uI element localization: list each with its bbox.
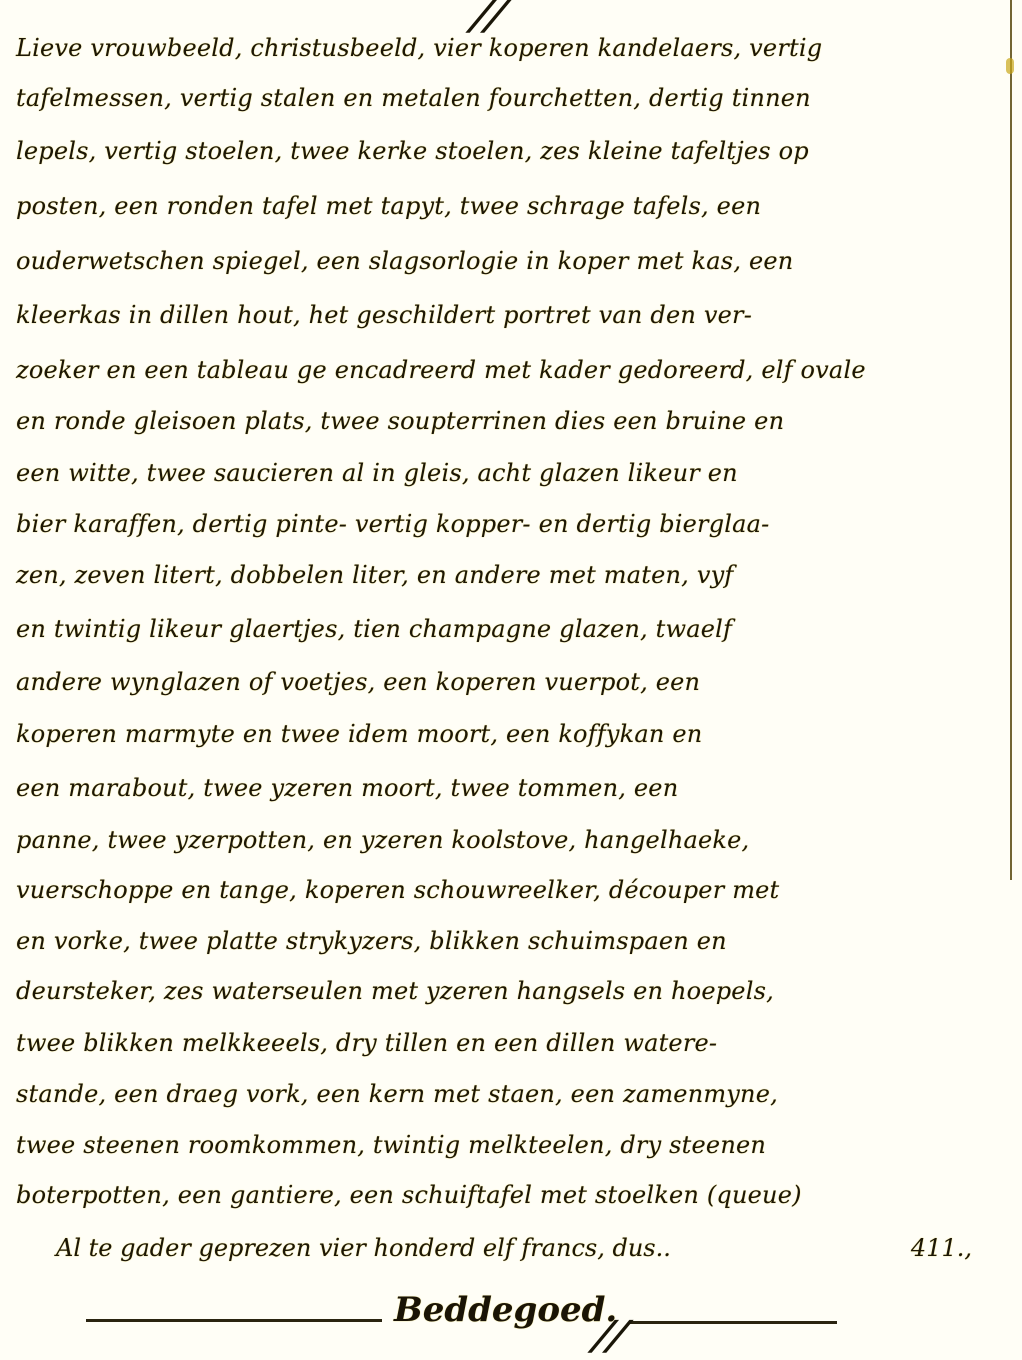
text-line-16: panne, twee yzerpotten, en yzeren koolst… (16, 828, 1006, 852)
text-line-2: tafelmessen, vertig stalen en metalen fo… (16, 86, 1006, 110)
page-edge-line (1010, 0, 1012, 880)
text-line-10: bier karaffen, dertig pinte- vertig kopp… (16, 512, 1006, 536)
text-line-7: zoeker en een tableau ge encadreerd met … (16, 358, 1006, 382)
heading-rule-left (86, 1319, 382, 1322)
total-text: Al te gader geprezen vier honderd elf fr… (56, 1234, 671, 1262)
text-line-23: boterpotten, een gantiere, een schuiftaf… (16, 1183, 1006, 1207)
text-line-14: koperen marmyte en twee idem moort, een … (16, 722, 1006, 746)
text-line-3: lepels, vertig stoelen, twee kerke stoel… (16, 139, 1006, 163)
text-line-17: vuerschoppe en tange, koperen schouwreel… (16, 878, 1006, 902)
heading-rule-right (629, 1321, 837, 1324)
text-line-22: twee steenen roomkommen, twintig melktee… (16, 1133, 1006, 1157)
section-heading: Beddegoed. (382, 1290, 629, 1330)
total-amount: 411., (911, 1234, 972, 1262)
text-line-13: andere wynglazen of voetjes, een koperen… (16, 670, 1006, 694)
text-line-19: deursteker, zes waterseulen met yzeren h… (16, 979, 1006, 1003)
text-line-1: Lieve vrouwbeeld, christusbeeld, vier ko… (16, 36, 1006, 60)
text-line-15: een marabout, twee yzeren moort, twee to… (16, 776, 1006, 800)
document-page: // Lieve vrouwbeeld, christusbeeld, vier… (0, 0, 1022, 1360)
text-line-18: en vorke, twee platte strykyzers, blikke… (16, 929, 1006, 953)
top-double-slash-mark: // (468, 0, 510, 36)
text-line-6: kleerkas in dillen hout, het geschildert… (16, 303, 1006, 327)
text-line-20: twee blikken melkkeeels, dry tillen en e… (16, 1031, 1006, 1055)
text-line-5: ouderwetschen spiegel, een slagsorlogie … (16, 249, 1006, 273)
text-line-8: en ronde gleisoen plats, twee soupterrin… (16, 409, 1006, 433)
page-edge-stain (1006, 58, 1014, 74)
text-line-21: stande, een draeg vork, een kern met sta… (16, 1082, 1006, 1106)
text-line-4: posten, een ronden tafel met tapyt, twee… (16, 194, 1006, 218)
text-line-11: zen, zeven litert, dobbelen liter, en an… (16, 563, 1006, 587)
section-heading-row: Beddegoed. (86, 1285, 886, 1335)
text-line-9: een witte, twee saucieren al in gleis, a… (16, 461, 1006, 485)
total-line: Al te gader geprezen vier honderd elf fr… (56, 1234, 996, 1262)
text-line-12: en twintig likeur glaertjes, tien champa… (16, 617, 1006, 641)
